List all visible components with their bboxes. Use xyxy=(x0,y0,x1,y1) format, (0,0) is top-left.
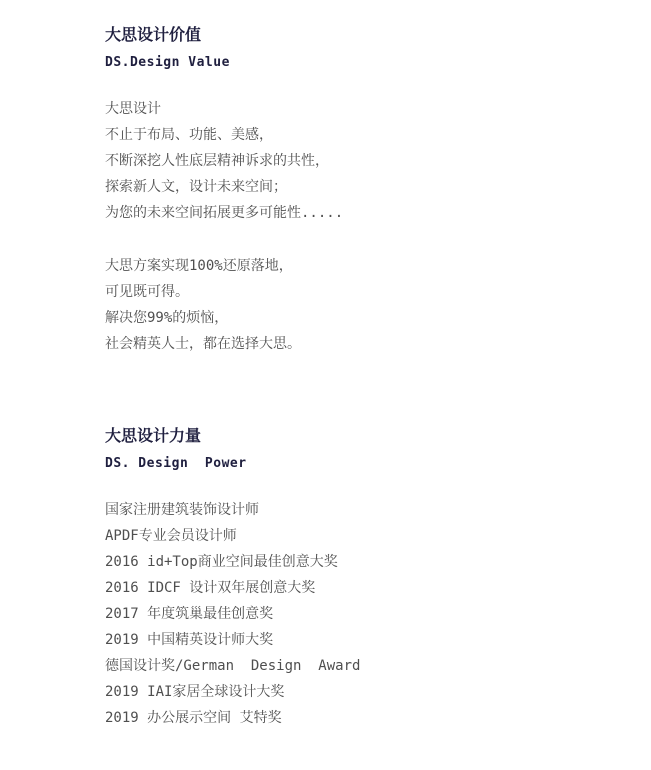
promise-line: 大思方案实现100%还原落地， xyxy=(105,253,611,279)
promise-line: 解决您99%的烦恼， xyxy=(105,305,611,331)
section-value-title-zh: 大思设计价值 xyxy=(105,27,611,43)
credential-item: 德国设计奖/German Design Award xyxy=(105,653,611,679)
section-power-title-en: DS. Design Power xyxy=(105,457,611,470)
intro-line: 大思设计 xyxy=(105,96,611,122)
credential-item: 2016 IDCF 设计双年展创意大奖 xyxy=(105,575,611,601)
intro-line: 不止于布局、功能、美感， xyxy=(105,122,611,148)
credential-item: 2019 办公展示空间 艾特奖 xyxy=(105,705,611,731)
promise-line: 可见既可得。 xyxy=(105,279,611,305)
credential-item: 国家注册建筑装饰设计师 xyxy=(105,497,611,523)
value-promise-paragraph: 大思方案实现100%还原落地， 可见既可得。 解决您99%的烦恼， 社会精英人士… xyxy=(105,253,611,357)
promise-line: 社会精英人士，都在选择大思。 xyxy=(105,331,611,357)
section-design-power: 大思设计力量 DS. Design Power 国家注册建筑装饰设计师 APDF… xyxy=(105,428,611,731)
section-power-title-zh: 大思设计力量 xyxy=(105,428,611,444)
intro-line: 不断深挖人性底层精神诉求的共性， xyxy=(105,148,611,174)
credential-item: 2019 中国精英设计师大奖 xyxy=(105,627,611,653)
credential-item: 2019 IAI家居全球设计大奖 xyxy=(105,679,611,705)
section-value-title-en: DS.Design Value xyxy=(105,56,611,69)
intro-line: 为您的未来空间拓展更多可能性..... xyxy=(105,200,611,226)
intro-line: 探索新人文，设计未来空间； xyxy=(105,174,611,200)
credential-item: 2017 年度筑巢最佳创意奖 xyxy=(105,601,611,627)
document-page: 大思设计价值 DS.Design Value 大思设计 不止于布局、功能、美感，… xyxy=(0,0,651,770)
credential-item: APDF专业会员设计师 xyxy=(105,523,611,549)
credential-item: 2016 id+Top商业空间最佳创意大奖 xyxy=(105,549,611,575)
credentials-list: 国家注册建筑装饰设计师 APDF专业会员设计师 2016 id+Top商业空间最… xyxy=(105,497,611,731)
value-intro-paragraph: 大思设计 不止于布局、功能、美感， 不断深挖人性底层精神诉求的共性， 探索新人文… xyxy=(105,96,611,226)
section-design-value: 大思设计价值 DS.Design Value 大思设计 不止于布局、功能、美感，… xyxy=(105,27,611,357)
